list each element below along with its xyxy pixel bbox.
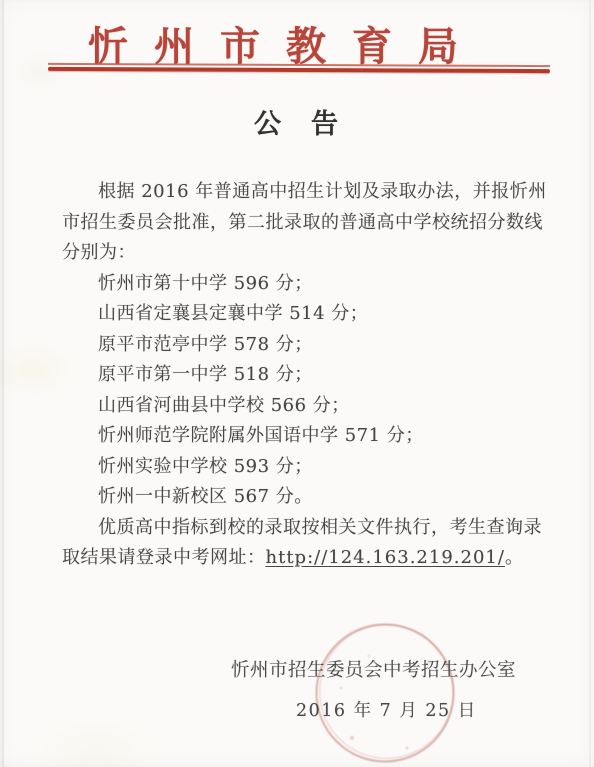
score-line-3: 原平市范亭中学 578 分； <box>62 330 534 361</box>
signature-office: 忻州市招生委员会中考招生办公室 <box>231 656 516 682</box>
document-body: 根据 2016 年普通高中招生计划及录取办法，并报忻州 市招生委员会批准，第二批… <box>62 177 534 574</box>
exam-result-url-link[interactable]: http://124.163.219.201/ <box>266 547 505 568</box>
score-line-8: 忻州一中新校区 567 分。 <box>62 482 534 513</box>
official-seal <box>311 620 459 767</box>
paragraph1-line1: 根据 2016 年普通高中招生计划及录取办法，并报忻州 <box>62 177 534 208</box>
scanned-official-document: 忻州市教育局 公告 根据 2016 年普通高中招生计划及录取办法，并报忻州 市招… <box>0 0 594 767</box>
red-header-rule-thick <box>48 67 550 73</box>
paragraph2-line1: 优质高中指标到校的录取按相关文件执行，考生查询录 <box>62 513 534 544</box>
score-line-5: 山西省河曲县中学校 566 分； <box>62 391 534 422</box>
score-line-1: 忻州市第十中学 596 分； <box>62 269 534 300</box>
signature-date: 2016 年 7 月 25 日 <box>296 697 477 722</box>
score-line-6: 忻州师范学院附属外国语中学 571 分； <box>62 421 534 452</box>
document-title: 公告 <box>14 102 594 141</box>
score-line-7: 忻州实验中学校 593 分； <box>62 452 534 483</box>
paragraph2-line2-suffix: 。 <box>505 547 524 568</box>
score-line-2: 山西省定襄县定襄中学 514 分； <box>62 299 534 330</box>
paragraph1-line2: 市招生委员会批准，第二批录取的普通高中学校统招分数线 <box>62 208 534 239</box>
paragraph1-line3: 分别为： <box>62 238 534 269</box>
score-line-4: 原平市第一中学 518 分； <box>62 360 534 391</box>
paragraph2-line2-prefix: 取结果请登录中考网址： <box>62 547 266 568</box>
paragraph2-line2: 取结果请登录中考网址：http://124.163.219.201/。 <box>62 543 534 574</box>
scan-edge-left <box>2 0 4 767</box>
